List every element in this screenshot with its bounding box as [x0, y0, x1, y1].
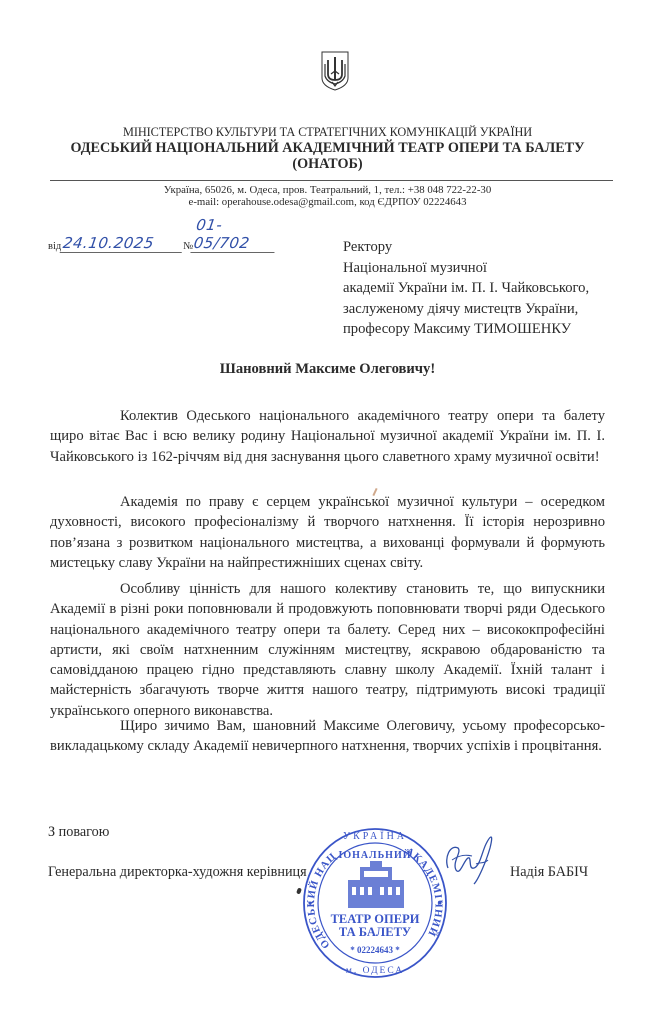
addressee-block: Ректору Національної музичної академії У… [343, 237, 589, 340]
paragraph-text: Щиро зичимо Вам, шановний Максиме Олегов… [50, 716, 605, 757]
addressee-line: Ректору [343, 237, 589, 258]
ministry-name: МІНІСТЕРСТВО КУЛЬТУРИ ТА СТРАТЕГІЧНИХ КО… [0, 125, 655, 140]
addressee-line: Національної музичної [343, 258, 589, 279]
svg-text:УКРАЇНА: УКРАЇНА [343, 830, 407, 842]
svg-text:м. ОДЕСА: м. ОДЕСА [346, 966, 404, 976]
paragraph-text: Академія по праву є серцем української м… [50, 492, 605, 573]
svg-text:* 02224643 *: * 02224643 * [350, 945, 400, 955]
addressee-line: професору Максиму ТИМОШЕНКУ [343, 319, 589, 340]
trident-coat-of-arms-icon [320, 50, 350, 92]
body-paragraph-2: Академія по праву є серцем української м… [50, 492, 605, 573]
date-value: 24.10.2025 [60, 234, 185, 253]
stamp-line-1: ТЕАТР ОПЕРИ [331, 912, 420, 926]
paragraph-text: Колектив Одеського національного академі… [50, 406, 605, 467]
signer-name: Надія БАБІЧ [510, 864, 588, 881]
addressee-line: академії України ім. П. І. Чайковського, [343, 278, 589, 299]
svg-text:ІОНАЛЬНИЙ: ІОНАЛЬНИЙ [338, 849, 411, 861]
registration-line: від 24.10.2025 № 01-05/702 [48, 216, 277, 253]
handwritten-signature [438, 830, 498, 885]
addressee-line: заслуженому діячу мистецтв України, [343, 299, 589, 320]
body-paragraph-3: Особливу цінність для нашого колективу с… [50, 579, 605, 721]
letterhead-divider [50, 180, 613, 181]
regards: З повагою [48, 824, 109, 841]
body-paragraph-4: Щиро зичимо Вам, шановний Максиме Олегов… [50, 716, 605, 757]
address-line: Україна, 65026, м. Одеса, пров. Театраль… [0, 184, 655, 196]
contact-line: e-mail: operahouse.odesa@gmail.com, код … [0, 196, 655, 208]
salutation: Шановний Максиме Олеговичу! [0, 361, 655, 378]
organization-name: ОДЕСЬКИЙ НАЦІОНАЛЬНИЙ АКАДЕМІЧНИЙ ТЕАТР … [0, 140, 655, 157]
signer-title: Генеральна директорка-художня керівниця [48, 864, 307, 881]
organization-abbreviation: (ОНАТОБ) [0, 156, 655, 173]
paragraph-text: Особливу цінність для нашого колективу с… [50, 579, 605, 721]
body-paragraph-1: Колектив Одеського національного академі… [50, 406, 605, 467]
stamp-line-2: ТА БАЛЕТУ [339, 925, 411, 939]
number-value: 01-05/702 [191, 216, 280, 253]
official-stamp: УКРАЇНА ОДЕСЬКИЙ НАЦ ІОНАЛЬНИЙ АКАДЕМІЧН… [300, 825, 450, 980]
